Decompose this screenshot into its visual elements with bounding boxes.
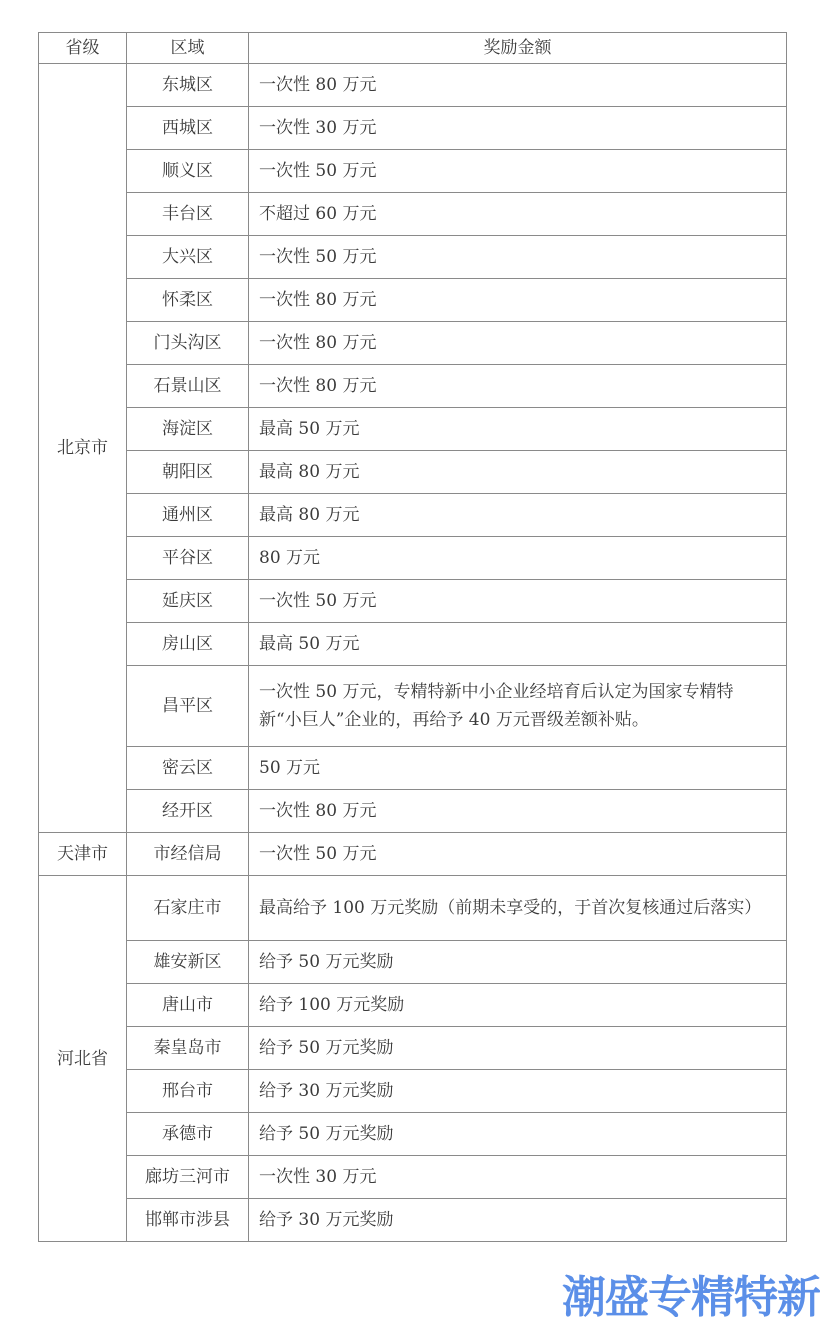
district-cell: 西城区 (127, 107, 249, 150)
amount-cell: 一次性 80 万元 (249, 790, 787, 833)
table-row: 西城区 一次性 30 万元 (39, 107, 787, 150)
district-cell: 秦皇岛市 (127, 1027, 249, 1070)
table-row: 石景山区 一次性 80 万元 (39, 365, 787, 408)
district-cell: 海淀区 (127, 408, 249, 451)
table-row: 顺义区 一次性 50 万元 (39, 150, 787, 193)
table-row: 河北省 石家庄市 最高给予 100 万元奖励（前期未享受的，于首次复核通过后落实… (39, 876, 787, 941)
province-cell: 天津市 (39, 833, 127, 876)
table-row: 唐山市 给予 100 万元奖励 (39, 984, 787, 1027)
table-row: 秦皇岛市 给予 50 万元奖励 (39, 1027, 787, 1070)
amount-cell: 一次性 50 万元，专精特新中小企业经培育后认定为国家专精特新“小巨人”企业的，… (249, 666, 787, 747)
table-row: 通州区 最高 80 万元 (39, 494, 787, 537)
district-cell: 顺义区 (127, 150, 249, 193)
table-row: 昌平区 一次性 50 万元，专精特新中小企业经培育后认定为国家专精特新“小巨人”… (39, 666, 787, 747)
district-cell: 经开区 (127, 790, 249, 833)
watermark: 潮盛专精特新 (562, 1276, 820, 1317)
amount-cell: 给予 50 万元奖励 (249, 941, 787, 984)
table-row: 房山区 最高 50 万元 (39, 623, 787, 666)
table-row: 海淀区 最高 50 万元 (39, 408, 787, 451)
district-cell: 承德市 (127, 1113, 249, 1156)
amount-cell: 一次性 50 万元 (249, 236, 787, 279)
table-row: 延庆区 一次性 50 万元 (39, 580, 787, 623)
amount-cell: 不超过 60 万元 (249, 193, 787, 236)
table-row: 北京市 东城区 一次性 80 万元 (39, 64, 787, 107)
amount-cell: 一次性 50 万元 (249, 580, 787, 623)
district-cell: 丰台区 (127, 193, 249, 236)
district-cell: 市经信局 (127, 833, 249, 876)
header-province: 省级 (39, 33, 127, 64)
amount-cell: 最高 50 万元 (249, 623, 787, 666)
district-cell: 石景山区 (127, 365, 249, 408)
table-row: 雄安新区 给予 50 万元奖励 (39, 941, 787, 984)
district-cell: 昌平区 (127, 666, 249, 747)
amount-cell: 一次性 80 万元 (249, 279, 787, 322)
district-cell: 门头沟区 (127, 322, 249, 365)
amount-cell: 最高给予 100 万元奖励（前期未享受的，于首次复核通过后落实） (249, 876, 787, 941)
table-row: 怀柔区 一次性 80 万元 (39, 279, 787, 322)
amount-cell: 给予 30 万元奖励 (249, 1070, 787, 1113)
reward-table: 省级 区域 奖励金额 北京市 东城区 一次性 80 万元 西城区 一次性 30 … (38, 32, 787, 1242)
amount-cell: 一次性 80 万元 (249, 365, 787, 408)
table-row: 邯郸市涉县 给予 30 万元奖励 (39, 1199, 787, 1242)
amount-cell: 50 万元 (249, 747, 787, 790)
amount-cell: 最高 50 万元 (249, 408, 787, 451)
table-row: 邢台市 给予 30 万元奖励 (39, 1070, 787, 1113)
amount-cell: 给予 50 万元奖励 (249, 1027, 787, 1070)
header-row: 省级 区域 奖励金额 (39, 33, 787, 64)
amount-cell: 给予 30 万元奖励 (249, 1199, 787, 1242)
district-cell: 房山区 (127, 623, 249, 666)
amount-cell: 一次性 80 万元 (249, 322, 787, 365)
table-row: 廊坊三河市 一次性 30 万元 (39, 1156, 787, 1199)
district-cell: 平谷区 (127, 537, 249, 580)
table-row: 密云区 50 万元 (39, 747, 787, 790)
header-amount: 奖励金额 (249, 33, 787, 64)
amount-cell: 给予 100 万元奖励 (249, 984, 787, 1027)
district-cell: 唐山市 (127, 984, 249, 1027)
table-row: 平谷区 80 万元 (39, 537, 787, 580)
table-row: 丰台区 不超过 60 万元 (39, 193, 787, 236)
district-cell: 邯郸市涉县 (127, 1199, 249, 1242)
header-district: 区域 (127, 33, 249, 64)
table-row: 大兴区 一次性 50 万元 (39, 236, 787, 279)
table-row: 门头沟区 一次性 80 万元 (39, 322, 787, 365)
district-cell: 大兴区 (127, 236, 249, 279)
table-row: 朝阳区 最高 80 万元 (39, 451, 787, 494)
district-cell: 石家庄市 (127, 876, 249, 941)
district-cell: 邢台市 (127, 1070, 249, 1113)
amount-cell: 最高 80 万元 (249, 494, 787, 537)
district-cell: 怀柔区 (127, 279, 249, 322)
amount-cell: 最高 80 万元 (249, 451, 787, 494)
province-cell: 河北省 (39, 876, 127, 1242)
district-cell: 廊坊三河市 (127, 1156, 249, 1199)
district-cell: 密云区 (127, 747, 249, 790)
amount-cell: 给予 50 万元奖励 (249, 1113, 787, 1156)
amount-cell: 一次性 50 万元 (249, 150, 787, 193)
amount-cell: 一次性 30 万元 (249, 1156, 787, 1199)
province-cell: 北京市 (39, 64, 127, 833)
district-cell: 延庆区 (127, 580, 249, 623)
district-cell: 通州区 (127, 494, 249, 537)
table-row: 经开区 一次性 80 万元 (39, 790, 787, 833)
amount-cell: 一次性 80 万元 (249, 64, 787, 107)
table-row: 天津市 市经信局 一次性 50 万元 (39, 833, 787, 876)
table-row: 承德市 给予 50 万元奖励 (39, 1113, 787, 1156)
district-cell: 东城区 (127, 64, 249, 107)
district-cell: 朝阳区 (127, 451, 249, 494)
district-cell: 雄安新区 (127, 941, 249, 984)
amount-cell: 80 万元 (249, 537, 787, 580)
amount-cell: 一次性 30 万元 (249, 107, 787, 150)
amount-cell: 一次性 50 万元 (249, 833, 787, 876)
